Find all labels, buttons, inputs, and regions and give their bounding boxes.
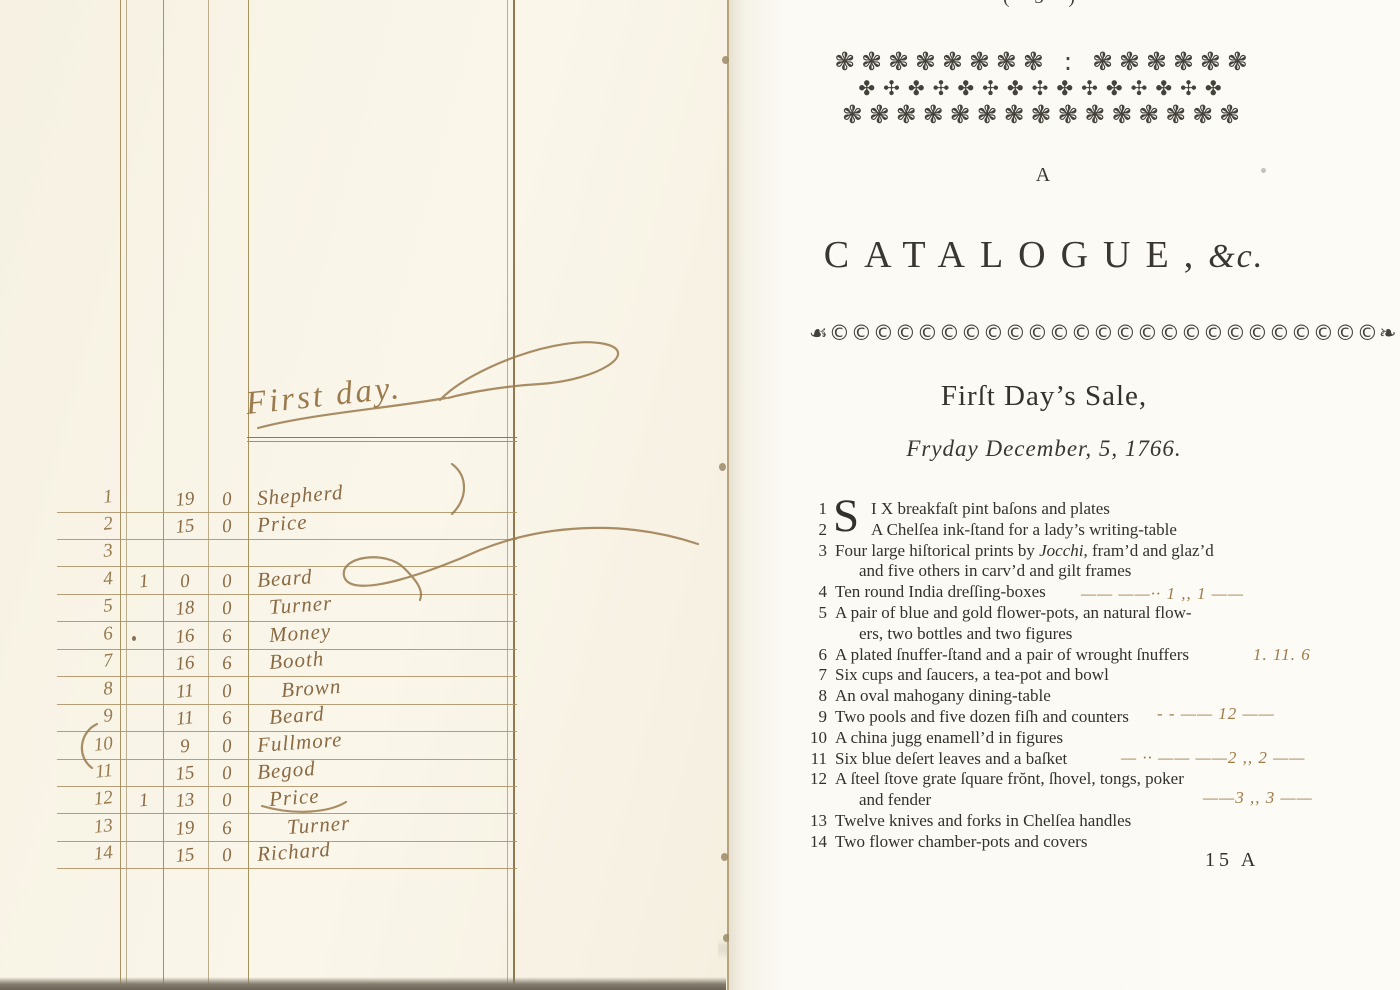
ledger-row: 8110Brown <box>0 677 727 704</box>
amount-shillings: 9 <box>163 733 207 759</box>
item-number: 11 <box>807 749 827 770</box>
ledger-row-rule <box>57 786 517 787</box>
ledger-row-rule <box>57 512 517 513</box>
half-title-letter: A <box>809 164 1279 187</box>
amount-pence: 0 <box>207 843 247 869</box>
catalogue-item-line: 3Four large hiſtorical prints by Jocchi,… <box>807 541 1287 562</box>
item-number: 7 <box>807 665 827 686</box>
catalogue-item-line: and five others in carv’d and gilt frame… <box>807 561 1287 582</box>
ledger-row-rule <box>57 841 517 842</box>
row-number: 10 <box>54 733 114 761</box>
amount-shillings: 11 <box>163 706 207 732</box>
row-number: 1 <box>54 486 114 514</box>
binding-stitch-hole <box>719 463 726 471</box>
ledger-row-rule <box>57 649 517 650</box>
row-number: 8 <box>54 678 114 706</box>
ledger-day-heading: First day. <box>244 363 467 423</box>
catalogue-item-line: 10A china jugg enamell’d in figures <box>807 728 1287 749</box>
ledger-row: 6166Money <box>0 622 727 649</box>
buyer-name: Brown <box>280 673 342 702</box>
ledger-row-rule <box>57 731 517 732</box>
title-text: CATALOGUE, <box>824 234 1208 276</box>
item-text: Two flower chamber-pots and covers <box>835 832 1087 851</box>
binding-stitch-hole <box>721 853 728 861</box>
row-number: 7 <box>54 650 114 678</box>
amount-shillings: 16 <box>163 651 207 677</box>
amount-shillings: 16 <box>163 624 207 650</box>
amount-shillings: 19 <box>163 486 207 512</box>
fan-ornament-row: ❃❃❃❃❃❃❃❃ : ❃❃❃❃❃❃ <box>809 48 1279 75</box>
ledger-row: 13196Turner <box>0 814 727 841</box>
ledger-row: 121130Price <box>0 786 727 813</box>
item-number: 9 <box>807 707 827 728</box>
item-number: 12 <box>807 769 827 790</box>
item-text: A ſteel ſtove grate ſquare frŏnt, ſhovel… <box>835 769 1184 788</box>
item-number: 6 <box>807 645 827 666</box>
ledger-row: 7166Booth <box>0 649 727 676</box>
row-number: 5 <box>54 595 114 623</box>
amount-pence: 6 <box>207 624 247 650</box>
item-number: 2 <box>807 520 827 541</box>
buyer-name: Shepherd <box>256 480 344 511</box>
buyer-name: Turner <box>286 811 351 840</box>
amount-pence: 6 <box>207 816 247 842</box>
rosette-ornament-row: ❃❃❃❃❃❃❃❃❃❃❃❃❃❃❃ <box>809 101 1279 128</box>
buyer-name: Price <box>268 784 320 812</box>
item-text: I X breakfaſt pint baſons and plates <box>871 499 1110 518</box>
buyer-name: Price <box>256 509 308 537</box>
handwritten-annotation: — ·· —— ——2 ,, 2 —— <box>1121 748 1305 768</box>
scanned-book-spread: First day. 1190Shepherd2150Price34100Bea… <box>0 0 1400 990</box>
row-number: 14 <box>54 842 114 870</box>
amount-pence: 6 <box>207 651 247 677</box>
item-text: A pair of blue and gold flower-pots, an … <box>835 603 1192 622</box>
handwritten-annotation: ——3 ,, 3 —— <box>1203 788 1313 808</box>
row-number: 3 <box>54 540 114 568</box>
ledger-row-rule <box>57 594 517 595</box>
amount-pence: 0 <box>207 596 247 622</box>
row-number: 11 <box>54 760 114 788</box>
row-number: 4 <box>54 568 114 596</box>
amount-shillings: 15 <box>163 514 207 540</box>
item-number: 5 <box>807 603 827 624</box>
ledger-row: 5180Turner <box>0 594 727 621</box>
ledger-row: 2150Price <box>0 512 727 539</box>
amount-shillings: 15 <box>163 761 207 787</box>
buyer-name: Money <box>268 618 332 647</box>
catalogue-title: CATALOGUE,&c. <box>809 233 1279 277</box>
handwritten-annotation: 1. 11. 6 <box>1253 645 1311 665</box>
buyer-name: Begod <box>256 756 316 785</box>
item-number: 10 <box>807 728 827 749</box>
item-text: A plated ſnuffer-ſtand and a pair of wro… <box>835 645 1189 664</box>
item-text: Six cups and ſaucers, a tea-pot and bowl <box>835 665 1109 684</box>
catalogue-item-line: 13Twelve knives and forks in Chelſea han… <box>807 811 1287 832</box>
catalogue-item-line: 5A pair of blue and gold flower-pots, an… <box>807 603 1287 624</box>
amount-pounds: 1 <box>127 569 161 594</box>
amount-pence: 0 <box>207 761 247 787</box>
sale-day-heading: Firſt Day’s Sale, <box>809 380 1279 413</box>
handwritten-annotation: - - —— 12 —— <box>1157 704 1275 724</box>
item-text: Ten round India dreſſing-boxes <box>835 582 1046 601</box>
item-number: 3 <box>807 541 827 562</box>
ledger-row: 4100Beard <box>0 567 727 594</box>
amount-shillings: 13 <box>163 788 207 814</box>
amount-pence: 6 <box>207 706 247 732</box>
catalogue-item-line: 2A Chelſea ink-ſtand for a lady’s writin… <box>807 520 1287 541</box>
item-text: Two pools and five dozen fiſh and counte… <box>835 707 1129 726</box>
ledger-row: 1190Shepherd <box>0 485 727 512</box>
amount-pounds: 1 <box>127 789 161 814</box>
page-signature-mark: 15 A <box>1205 849 1259 872</box>
item-text: Twelve knives and forks in Chelſea handl… <box>835 811 1131 830</box>
amount-pence: 0 <box>207 679 247 705</box>
buyer-name: Beard <box>268 701 325 730</box>
item-number: 13 <box>807 811 827 832</box>
amount-shillings: 0 <box>163 569 207 595</box>
amount-shillings: 11 <box>163 679 207 705</box>
item-text: and fender <box>859 790 931 809</box>
ledger-row: 14150Richard <box>0 841 727 868</box>
item-number: 1 <box>807 499 827 520</box>
row-number: 9 <box>54 705 114 733</box>
heading-underline <box>247 437 517 438</box>
row-number: 2 <box>54 513 114 541</box>
paper-speck <box>1261 168 1266 173</box>
item-text: A Chelſea ink-ſtand for a lady’s writing… <box>871 520 1177 539</box>
left-page: First day. 1190Shepherd2150Price34100Bea… <box>0 0 727 990</box>
item-number: 4 <box>807 582 827 603</box>
item-text: Four large hiſtorical prints by Jocchi, … <box>835 541 1214 560</box>
catalogue-item-line: 7Six cups and ſaucers, a tea-pot and bow… <box>807 665 1287 686</box>
headpiece-ornament-band: ❃❃❃❃❃❃❃❃ : ❃❃❃❃❃❃ ✤✣✤✣✤✣✤✣✤✣✤✣✤✣✤ ❃❃❃❃❃❃… <box>809 48 1279 128</box>
right-page: ( 5 ) ❃❃❃❃❃❃❃❃ : ❃❃❃❃❃❃ ✤✣✤✣✤✣✤✣✤✣✤✣✤✣✤ … <box>729 0 1400 990</box>
row-number: 12 <box>54 787 114 815</box>
ledger-row: 1090Fullmore <box>0 732 727 759</box>
row-number: 6 <box>54 623 114 651</box>
buyer-name: Turner <box>268 591 333 620</box>
ledger-row-rule <box>57 676 517 677</box>
amount-pence: 0 <box>207 734 247 760</box>
amount-shillings: 15 <box>163 843 207 869</box>
catalogue-item-line: ers, two bottles and two figures <box>807 624 1287 645</box>
item-text: Six blue deſert leaves and a baſket <box>835 749 1067 768</box>
buyer-name: Beard <box>256 564 313 593</box>
swirl-chain-ornament: ☙©©©©©©©©©©©©©©©©©©©©©©©©©❧ <box>809 321 1279 345</box>
item-text: An oval mahogany dining-table <box>835 686 1051 705</box>
page-number: ( 5 ) <box>809 0 1279 9</box>
ledger-row: 11150Begod <box>0 759 727 786</box>
title-etc: &c. <box>1208 238 1264 275</box>
amount-pence: 0 <box>207 487 247 513</box>
amount-pence: 0 <box>207 514 247 540</box>
binding-stitch-hole <box>722 56 729 64</box>
ledger-row-rule <box>57 759 517 760</box>
ledger-row-rule <box>57 868 517 869</box>
amount-shillings: 18 <box>163 596 207 622</box>
ledger-row-rule <box>57 704 517 705</box>
buyer-name: Booth <box>268 646 325 675</box>
item-text: ers, two bottles and two figures <box>859 624 1072 643</box>
item-text: A china jugg enamell’d in figures <box>835 728 1063 747</box>
page-bottom-shadow <box>0 977 726 990</box>
heading-underline <box>247 441 517 442</box>
amount-shillings: 19 <box>163 816 207 842</box>
ledger-row: 9116Beard <box>0 704 727 731</box>
handwritten-annotation: —— ——·· 1 ,, 1 —— <box>1081 584 1244 604</box>
item-number: 14 <box>807 832 827 853</box>
ledger-row-rule <box>57 539 517 540</box>
ledger-row-rule <box>57 566 517 567</box>
catalogue-item-line: 1I X breakfaſt pint baſons and plates <box>807 499 1287 520</box>
row-number: 13 <box>54 815 114 843</box>
item-number: 8 <box>807 686 827 707</box>
ledger-row-rule <box>57 813 517 814</box>
catalogue-item-line: 6A plated ſnuffer-ſtand and a pair of wr… <box>807 645 1287 666</box>
cross-ornament-row: ✤✣✤✣✤✣✤✣✤✣✤✣✤✣✤ <box>809 75 1279 101</box>
amount-pence: 0 <box>207 569 247 595</box>
ledger-row: 3 <box>0 539 727 566</box>
ink-blot <box>132 636 136 641</box>
item-text: and five others in carv’d and gilt frame… <box>859 561 1131 580</box>
ledger-row-rule <box>57 621 517 622</box>
sale-date-line: Fryday December, 5, 1766. <box>809 436 1279 462</box>
amount-pence: 0 <box>207 789 247 815</box>
